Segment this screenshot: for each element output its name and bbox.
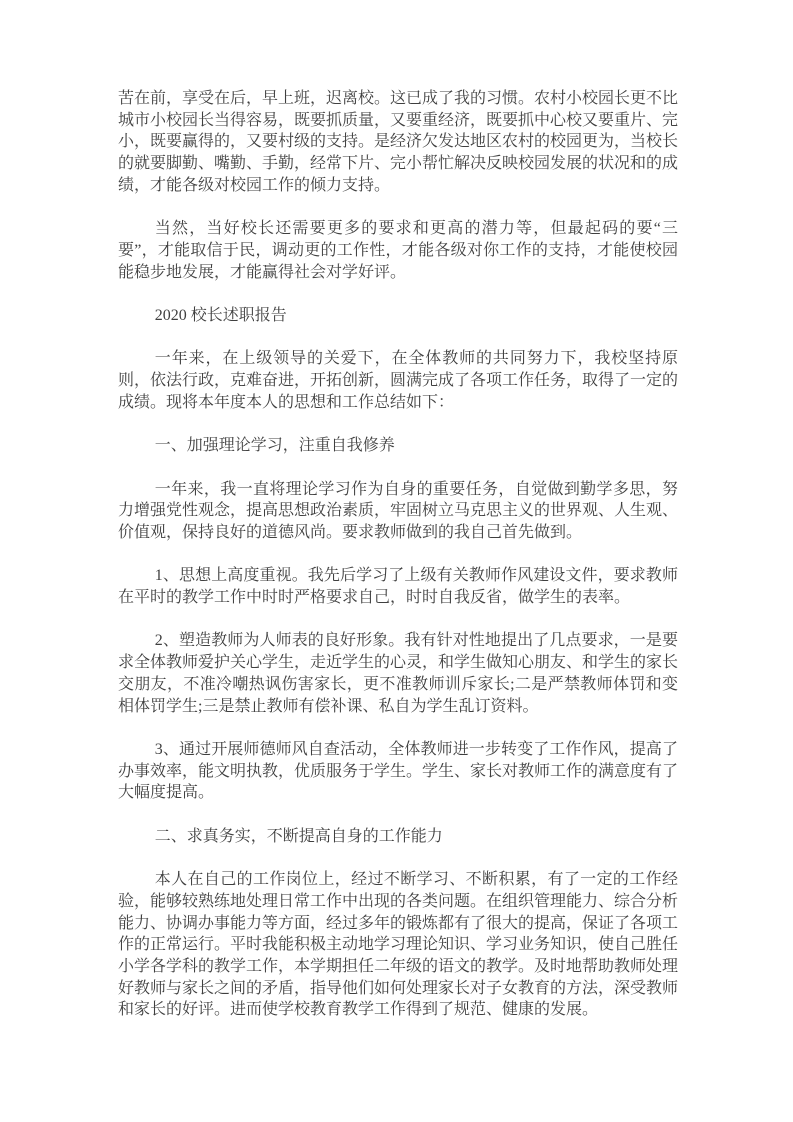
document-page: 苦在前，享受在后，早上班，迟离校。这已成了我的习惯。农村小校园长更不比城市小校园… [0, 0, 793, 1122]
paragraph-body: 一年来，我一直将理论学习作为自身的重要任务，自觉做到勤学多思，努力增强党性观念，… [118, 479, 678, 544]
section-heading-2: 二、求真务实，不断提高自身的工作能力 [118, 826, 678, 848]
paragraph-body: 一年来，在上级领导的关爱下，在全体教师的共同努力下，我校坚持原则，依法行政，克难… [118, 348, 678, 413]
section-heading-1: 一、加强理论学习，注重自我修养 [118, 435, 678, 457]
paragraph-body: 本人在自己的工作岗位上，经过不断学习、不断积累，有了一定的工作经验，能够较熟练地… [118, 869, 678, 1021]
paragraph-item-2: 2、塑造教师为人师表的良好形象。我有针对性地提出了几点要求，一是要求全体教师爱护… [118, 630, 678, 717]
paragraph-continuation: 苦在前，享受在后，早上班，迟离校。这已成了我的习惯。农村小校园长更不比城市小校园… [118, 88, 678, 197]
doc-title-line: 2020 校长述职报告 [118, 305, 678, 327]
document-text-block: 苦在前，享受在后，早上班，迟离校。这已成了我的习惯。农村小校园长更不比城市小校园… [118, 88, 678, 1043]
paragraph-item-3: 3、通过开展师德师风自查活动，全体教师进一步转变了工作作风，提高了办事效率，能文… [118, 739, 678, 804]
paragraph-item-1: 1、思想上高度重视。我先后学习了上级有关教师作风建设文件，要求教师在平时的教学工… [118, 565, 678, 608]
paragraph-body: 当然，当好校长还需要更多的要求和更高的潜力等，但最起码的要“三要”，才能取信于民… [118, 218, 678, 283]
